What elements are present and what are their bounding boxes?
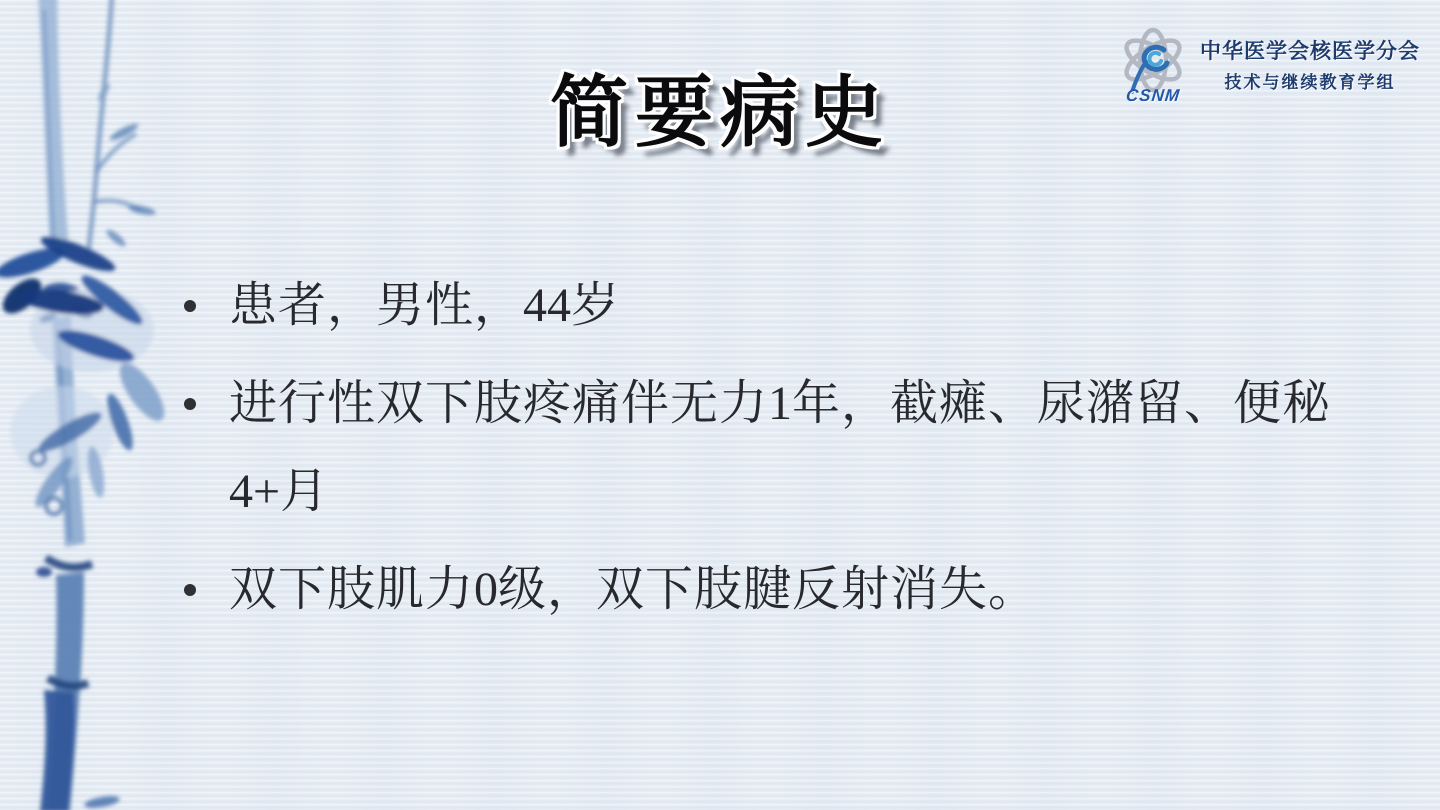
logo-org-name: 中华医学会核医学分会 [1200, 35, 1420, 65]
bullet-item: 进行性双下肢疼痛伴无力1年，截瘫、尿潴留、便秘4+月 [184, 360, 1394, 536]
bullet-dot-column [184, 360, 229, 448]
text-segment: 进行性双下肢疼痛伴无力 [229, 377, 768, 430]
text-segment: 1 [768, 377, 792, 430]
bullet-item: 双下肢肌力0级，双下肢腱反射消失。 [184, 546, 1394, 634]
bullet-item: 患者，男性，44岁 [184, 262, 1394, 350]
bullet-dot [184, 584, 196, 596]
text-segment: 级，双下肢腱反射消失。 [498, 563, 1037, 616]
bullet-list: 患者，男性，44岁进行性双下肢疼痛伴无力1年，截瘫、尿潴留、便秘4+月双下肢肌力… [184, 262, 1394, 644]
text-segment: 0 [474, 563, 498, 616]
bullet-dot [184, 398, 196, 410]
presentation-slide: CSNM 中华医学会核医学分会 技术与继续教育学组 简要病史 患者，男性，44岁… [0, 0, 1440, 810]
text-segment: 岁 [571, 279, 620, 332]
bullet-dot [184, 300, 196, 312]
slide-title: 简要病史 [0, 72, 1440, 154]
bullet-text: 进行性双下肢疼痛伴无力1年，截瘫、尿潴留、便秘4+月 [229, 360, 1394, 536]
text-segment: 年，截瘫、尿潴留、便秘 [792, 377, 1331, 430]
text-segment: 患者，男性， [229, 279, 523, 332]
text-segment: 4+ [229, 465, 280, 518]
bullet-text: 双下肢肌力0级，双下肢腱反射消失。 [229, 546, 1394, 634]
text-segment: 44 [523, 279, 571, 332]
text-segment: 月 [280, 465, 329, 518]
bullet-dot-column [184, 546, 229, 634]
text-segment: 双下肢肌力 [229, 563, 474, 616]
bullet-dot-column [184, 262, 229, 350]
bullet-text: 患者，男性，44岁 [229, 262, 1394, 350]
